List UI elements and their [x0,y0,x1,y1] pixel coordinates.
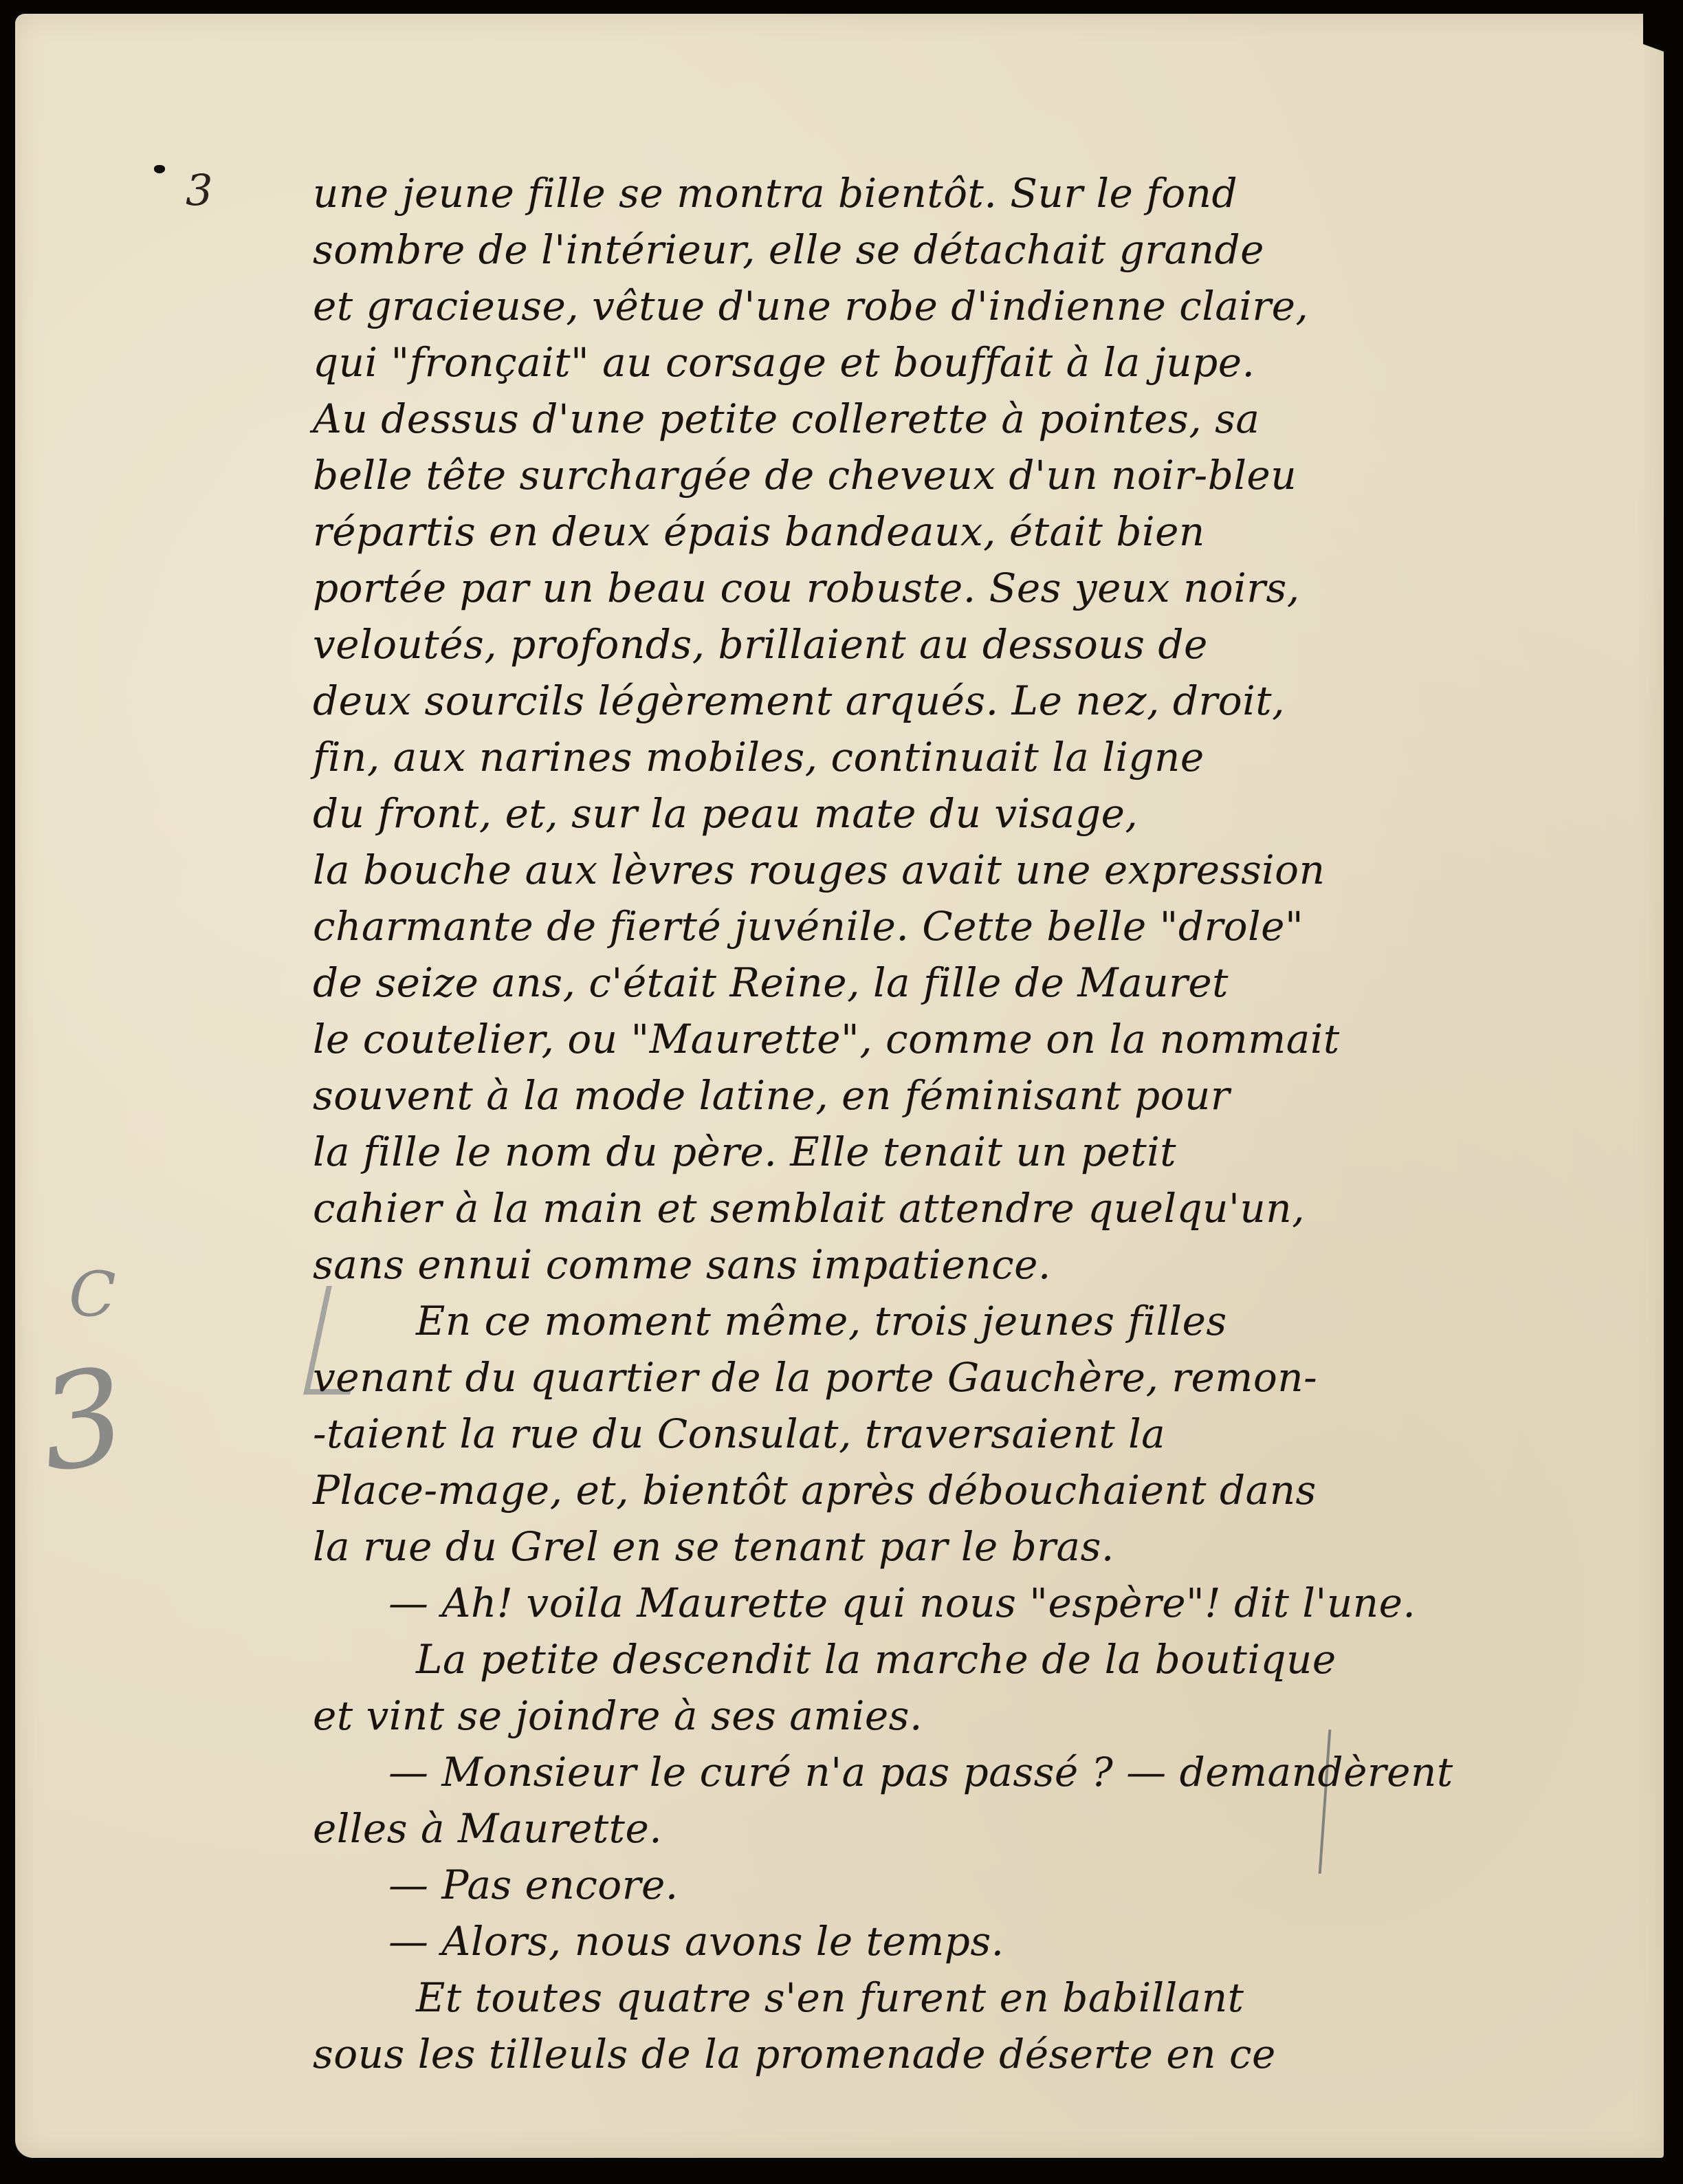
dialogue-line: — Ah! voila Maurette qui nous "espère"! … [313,1575,1640,1631]
text-line: et vint se joindre à ses amies. [313,1688,1640,1744]
text-line: portée par un beau cou robuste. Ses yeux… [313,560,1640,616]
text-line: du front, et, sur la peau mate du visage… [313,785,1640,842]
text-line: la fille le nom du père. Elle tenait un … [313,1124,1640,1180]
text-line: sans ennui comme sans impatience. [313,1236,1640,1293]
text-line: Au dessus d'une petite collerette à poin… [313,391,1640,447]
pencil-marginalia-c: C [69,1258,116,1331]
dialogue-line: — Alors, nous avons le temps. [313,1913,1640,1969]
text-line-paragraph-start: En ce moment même, trois jeunes filles [313,1293,1640,1349]
text-line: qui "fronçait" au corsage et bouffait à … [313,334,1640,391]
text-line: Place-mage, et, bientôt après débouchaie… [313,1462,1640,1518]
text-line: la rue du Grel en se tenant par le bras. [313,1518,1640,1575]
text-line: et gracieuse, vêtue d'une robe d'indienn… [313,278,1640,334]
text-line: sombre de l'intérieur, elle se détachait… [313,221,1640,278]
text-line: une jeune fille se montra bientôt. Sur l… [313,165,1640,221]
dialogue-line: — Monsieur le curé n'a pas passé ? — dem… [313,1744,1640,1800]
text-line: souvent à la mode latine, en féminisant … [313,1067,1640,1124]
text-line: deux sourcils légèrement arqués. Le nez,… [313,673,1640,729]
text-line: belle tête surchargée de cheveux d'un no… [313,447,1640,503]
text-line: elles à Maurette. [313,1800,1640,1857]
text-line: fin, aux narines mobiles, continuait la … [313,729,1640,785]
text-line: sous les tilleuls de la promenade désert… [313,2026,1640,2082]
margin-page-number: 3 [186,165,212,215]
text-line: la bouche aux lèvres rouges avait une ex… [313,842,1640,898]
text-line: le coutelier, ou "Maurette", comme on la… [313,1011,1640,1067]
ink-blot [154,165,165,173]
text-line: répartis en deux épais bandeaux, était b… [313,503,1640,560]
text-line: de seize ans, c'était Reine, la fille de… [313,954,1640,1011]
handwritten-text: une jeune fille se montra bientôt. Sur l… [313,165,1640,2082]
text-line: cahier à la main et semblait attendre qu… [313,1180,1640,1236]
dialogue-line: — Pas encore. [313,1857,1640,1913]
text-line: veloutés, profonds, brillaient au dessou… [313,616,1640,673]
text-line: venant du quartier de la porte Gauchère,… [313,1349,1640,1406]
text-line: charmante de fierté juvénile. Cette bell… [313,898,1640,954]
text-line-paragraph-start: La petite descendit la marche de la bout… [313,1631,1640,1688]
text-line: -taient la rue du Consulat, traversaient… [313,1406,1640,1462]
text-line-paragraph-start: Et toutes quatre s'en furent en babillan… [313,1969,1640,2026]
